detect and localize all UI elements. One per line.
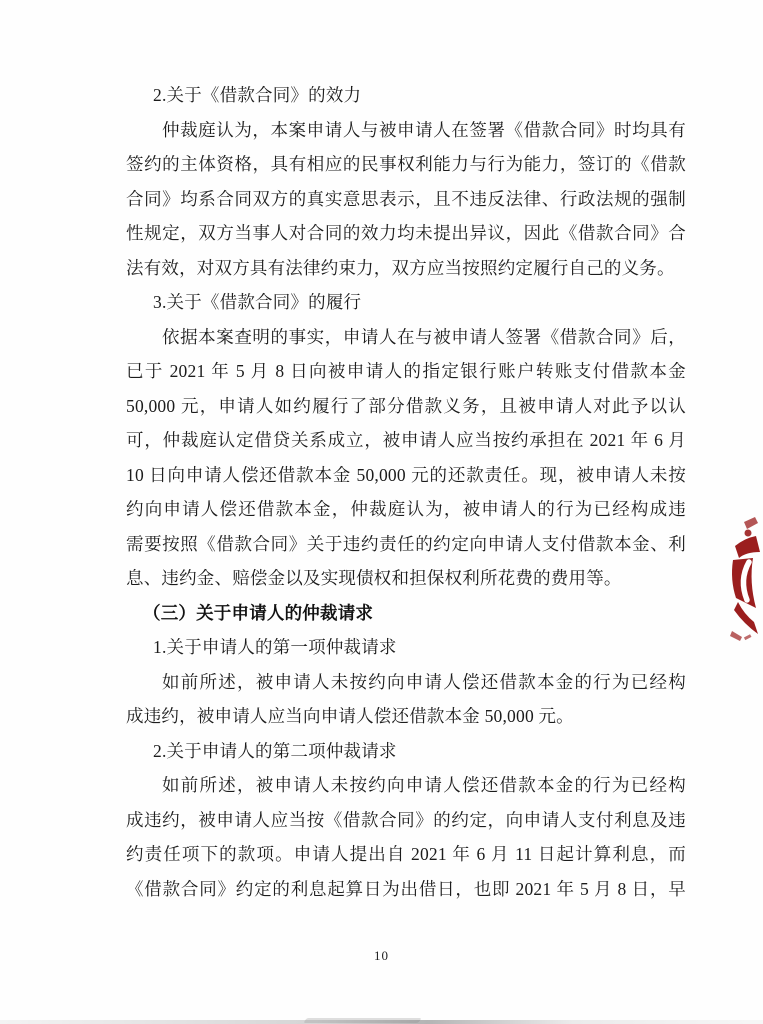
text-line: 约向申请人偿还借款本金，仲裁庭认为，被申请人的行为已经构成违约，	[126, 492, 686, 527]
text-line: 成违约，被申请人应当按《借款合同》的约定，向申请人支付利息及违	[126, 803, 686, 838]
text-line: 依据本案查明的事实，申请人在与被申请人签署《借款合同》后，	[126, 320, 686, 355]
heading-first-claim: 1.关于申请人的第一项仲裁请求	[126, 630, 686, 665]
text-line: 息、违约金、赔偿金以及实现债权和担保权利所花费的费用等。	[126, 561, 686, 596]
text-line: 成违约，被申请人应当向申请人偿还借款本金 50,000 元。	[126, 699, 686, 734]
scanned-document-page: 2.关于《借款合同》的效力 仲裁庭认为，本案申请人与被申请人在签署《借款合同》时…	[0, 0, 763, 1024]
text-line: 需要按照《借款合同》关于违约责任的约定向申请人支付借款本金、利	[126, 527, 686, 562]
heading-arbitration-claims: （三）关于申请人的仲裁请求	[126, 596, 686, 631]
text-line: 仲裁庭认为，本案申请人与被申请人在签署《借款合同》时均具有	[126, 113, 686, 148]
heading-loan-contract-performance: 3.关于《借款合同》的履行	[126, 285, 686, 320]
text-line: 50,000 元，申请人如约履行了部分借款义务，且被申请人对此予以认	[126, 389, 686, 424]
text-line: 约责任项下的款项。申请人提出自 2021 年 6 月 11 日起计算利息，而	[126, 837, 686, 872]
heading-loan-contract-validity: 2.关于《借款合同》的效力	[126, 78, 686, 113]
text-line: 法有效，对双方具有法律约束力，双方应当按照约定履行自己的义务。	[126, 251, 686, 286]
text-line: 合同》均系合同双方的真实意思表示，且不违反法律、行政法规的强制	[126, 182, 686, 217]
text-line: 可，仲裁庭认定借贷关系成立，被申请人应当按约承担在 2021 年 6 月	[126, 423, 686, 458]
red-seal-stamp-icon	[720, 510, 762, 642]
page-bottom-edge	[0, 1020, 763, 1024]
text-line: 性规定，双方当事人对合同的效力均未提出异议，因此《借款合同》合	[126, 216, 686, 251]
text-line: 《借款合同》约定的利息起算日为出借日，也即 2021 年 5 月 8 日，早	[126, 872, 686, 907]
text-line: 10 日向申请人偿还借款本金 50,000 元的还款责任。现，被申请人未按	[126, 458, 686, 493]
heading-second-claim: 2.关于申请人的第二项仲裁请求	[126, 734, 686, 769]
text-line: 如前所述，被申请人未按约向申请人偿还借款本金的行为已经构	[126, 665, 686, 700]
text-line: 签约的主体资格，具有相应的民事权利能力与行为能力，签订的《借款	[126, 147, 686, 182]
page-number: 10	[0, 948, 763, 964]
text-line: 如前所述，被申请人未按约向申请人偿还借款本金的行为已经构	[126, 768, 686, 803]
document-body: 2.关于《借款合同》的效力 仲裁庭认为，本案申请人与被申请人在签署《借款合同》时…	[126, 78, 686, 906]
text-line: 已于 2021 年 5 月 8 日向被申请人的指定银行账户转账支付借款本金	[126, 354, 686, 389]
